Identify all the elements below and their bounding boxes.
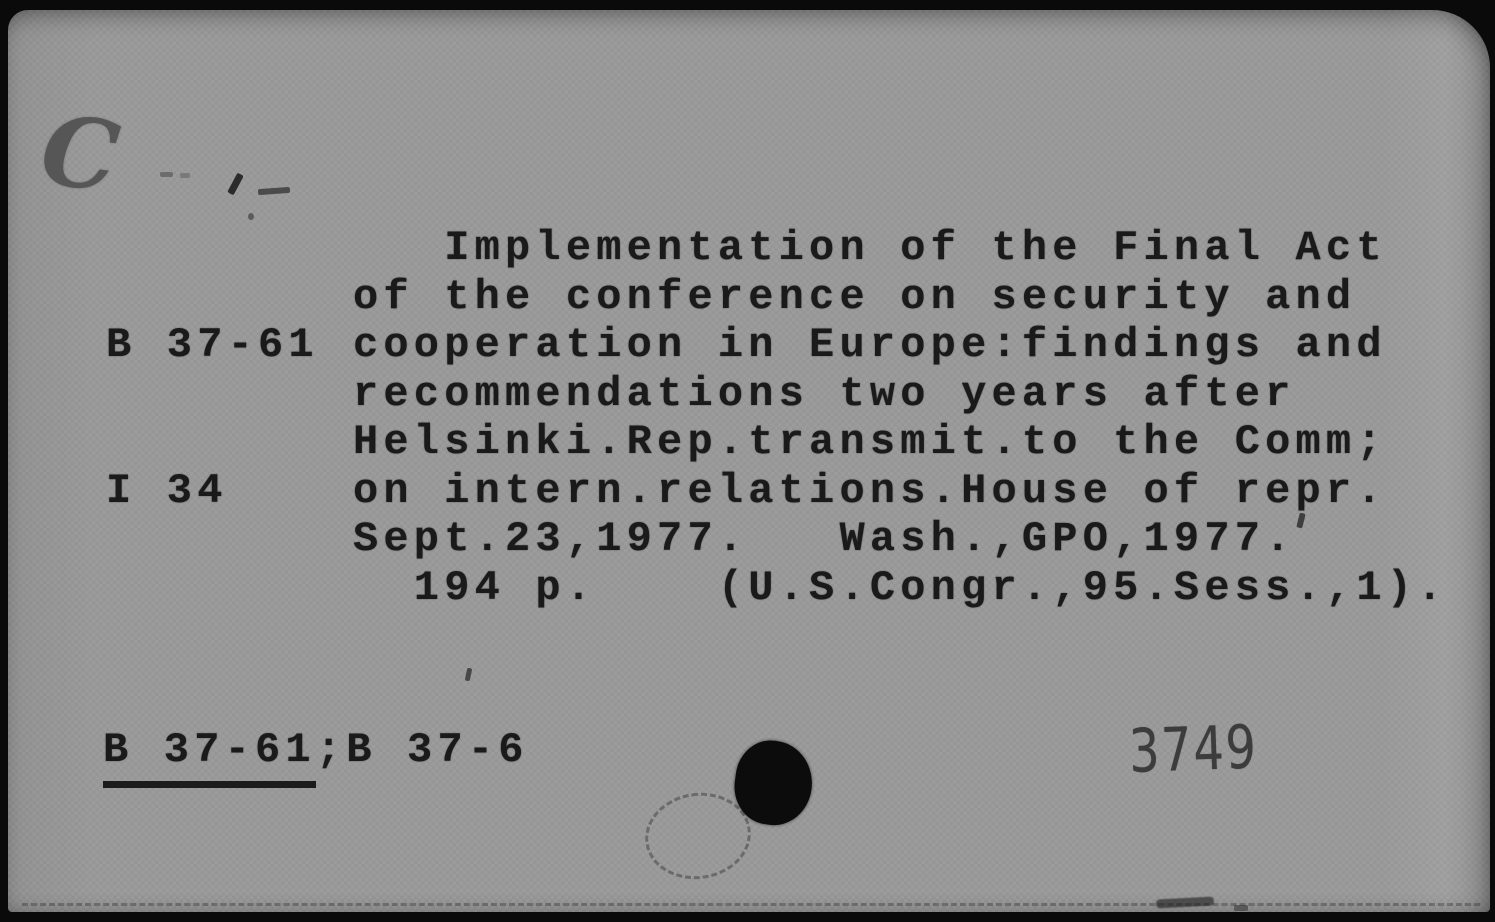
bottom-smudge-mark xyxy=(1156,896,1214,908)
call-number-line-1: B 37-61 xyxy=(106,321,319,370)
catalog-card: C B 37-61 I 34 Implementation of the Fin… xyxy=(8,10,1490,912)
handwritten-letter: C xyxy=(36,102,124,207)
entry-line: cooperation in Europe:findings and xyxy=(353,321,1448,370)
handwritten-accession-number: 3749 xyxy=(1128,718,1259,782)
footer-shelfmark-secondary: ;B 37-6 xyxy=(316,726,529,774)
catalog-entry-text: Implementation of the Final Actof the co… xyxy=(353,224,1448,612)
pencil-tick-mark xyxy=(227,173,244,196)
stray-mark xyxy=(465,668,473,682)
entry-line: Helsinki.Rep.transmit.to the Comm; xyxy=(353,418,1448,467)
bottom-smudge-mark xyxy=(1234,905,1248,911)
entry-line: of the conference on security and xyxy=(353,273,1448,322)
footer-shelfmark-underlined: B 37-61 xyxy=(103,726,316,788)
footer-shelfmark-line: B 37-61;B 37-6 xyxy=(103,726,529,775)
pencil-mark xyxy=(160,172,173,177)
entry-line: recommendations two years after xyxy=(353,370,1448,419)
pencil-mark xyxy=(180,173,190,178)
entry-line: Implementation of the Final Act xyxy=(353,224,1448,273)
entry-line: 194 p. (U.S.Congr.,95.Sess.,1). xyxy=(353,564,1448,613)
entry-line: on intern.relations.House of repr. xyxy=(353,467,1448,516)
pencil-dot-mark xyxy=(248,213,254,220)
bottom-ruled-line xyxy=(22,903,1480,906)
call-number: B 37-61 I 34 xyxy=(106,224,319,612)
scan-background: { "card": { "handwritten_letter": "C", "… xyxy=(0,0,1495,922)
pencil-dash-mark xyxy=(258,187,290,195)
entry-line: Sept.23,1977. Wash.,GPO,1977. xyxy=(353,515,1448,564)
call-number-line-2: I 34 xyxy=(106,467,319,516)
